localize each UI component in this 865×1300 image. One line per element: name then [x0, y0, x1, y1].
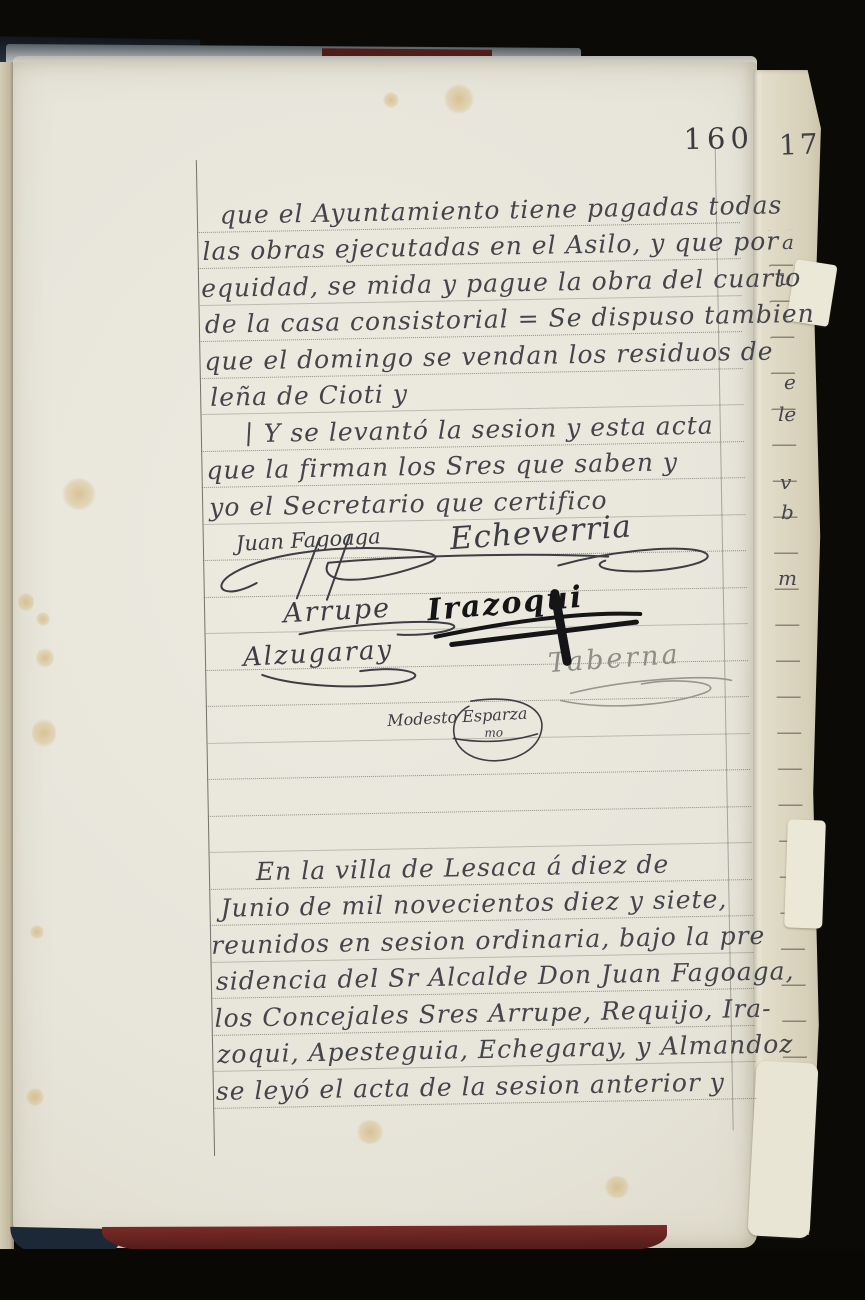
signature-taberna-pencil: Taberna — [547, 639, 682, 679]
signature-fagoaga: Juan Fagoaga — [235, 524, 381, 556]
signature-arrupe: Arrupe — [282, 593, 391, 630]
page-number-stamp: 160 — [683, 121, 754, 156]
manuscript-line: leña de Cioti y — [210, 379, 408, 412]
ruled-line — [207, 769, 750, 780]
stain — [18, 592, 34, 612]
manuscript-line: zoqui, Apesteguia, Echegaray, y Almandoz — [217, 1029, 794, 1069]
manuscript-line: En la villa de Lesaca á diez de — [256, 850, 670, 887]
background-shadow — [0, 1249, 865, 1300]
insertion-mark — [247, 422, 250, 446]
stain — [444, 84, 474, 114]
stain — [26, 1088, 44, 1106]
ruled-line — [209, 842, 752, 853]
stain — [30, 925, 44, 939]
signature-esparza: Modesto Esparza — [387, 704, 528, 730]
signature-irazoqui: Irazoqui — [426, 580, 585, 629]
manuscript-line: equidad, se mida y pague la obra del cua… — [201, 263, 802, 303]
stain — [62, 478, 96, 510]
stain — [36, 612, 50, 626]
stain — [604, 1176, 630, 1198]
ruled-line — [207, 733, 750, 744]
ruled-line — [208, 806, 751, 817]
manuscript-line: las obras ejecutadas en el Asilo, y que … — [202, 226, 779, 266]
manuscript-photo: 17 a u e le v b m — [0, 0, 865, 1300]
bottom-binding-red — [102, 1225, 667, 1252]
manuscript-line: de la casa consistorial = Se dispuso tam… — [205, 299, 815, 339]
stain — [36, 648, 54, 668]
stain — [383, 92, 399, 108]
manuscript-line: sidencia del Sr Alcalde Don Juan Fagoaga… — [216, 956, 795, 996]
signature-rubric-initials: mo — [484, 726, 503, 740]
stain — [32, 718, 56, 748]
page-content: 160 que el Ayuntamiento tiene pagadas to… — [0, 0, 865, 1300]
stain — [356, 1120, 384, 1144]
